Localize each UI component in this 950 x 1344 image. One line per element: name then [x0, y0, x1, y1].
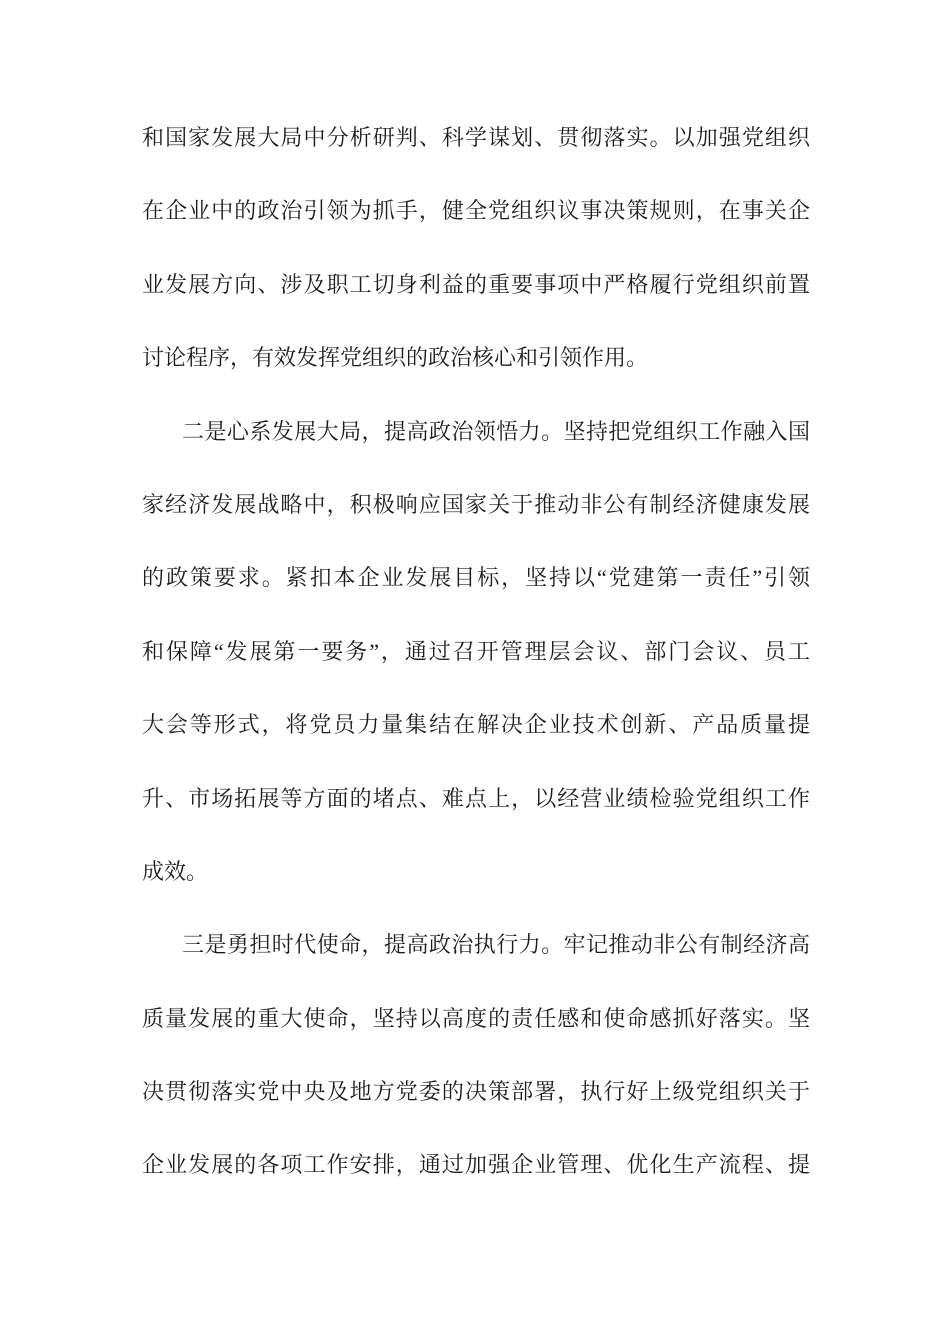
text-line: 升、市场拓展等方面的堵点、难点上，以经营业绩检验党组织工作	[142, 762, 810, 835]
text-line: 成效。	[142, 835, 810, 908]
text-line: 讨论程序，有效发挥党组织的政治核心和引领作用。	[142, 321, 810, 394]
text-line: 质量发展的重大使命，坚持以高度的责任感和使命感抓好落实。坚	[142, 982, 810, 1055]
text-line: 三是勇担时代使命，提高政治执行力。牢记推动非公有制经济高	[142, 908, 810, 981]
text-line: 业发展方向、涉及职工切身利益的重要事项中严格履行党组织前置	[142, 248, 810, 321]
text-line: 在企业中的政治引领为抓手，健全党组织议事决策规则，在事关企	[142, 174, 810, 247]
text-line: 和国家发展大局中分析研判、科学谋划、贯彻落实。以加强党组织	[142, 101, 810, 174]
document-text-block: 和国家发展大局中分析研判、科学谋划、贯彻落实。以加强党组织 在企业中的政治引领为…	[142, 101, 810, 1202]
text-line: 大会等形式，将党员力量集结在解决企业技术创新、产品质量提	[142, 688, 810, 761]
text-line: 和保障“发展第一要务”，通过召开管理层会议、部门会议、员工	[142, 615, 810, 688]
document-page: 和国家发展大局中分析研判、科学谋划、贯彻落实。以加强党组织 在企业中的政治引领为…	[0, 0, 950, 1344]
text-line: 决贯彻落实党中央及地方党委的决策部署，执行好上级党组织关于	[142, 1055, 810, 1128]
text-line: 的政策要求。紧扣本企业发展目标，坚持以“党建第一责任”引领	[142, 541, 810, 614]
text-line: 二是心系发展大局，提高政治领悟力。坚持把党组织工作融入国	[142, 395, 810, 468]
text-line: 企业发展的各项工作安排，通过加强企业管理、优化生产流程、提	[142, 1128, 810, 1201]
text-line: 家经济发展战略中，积极响应国家关于推动非公有制经济健康发展	[142, 468, 810, 541]
